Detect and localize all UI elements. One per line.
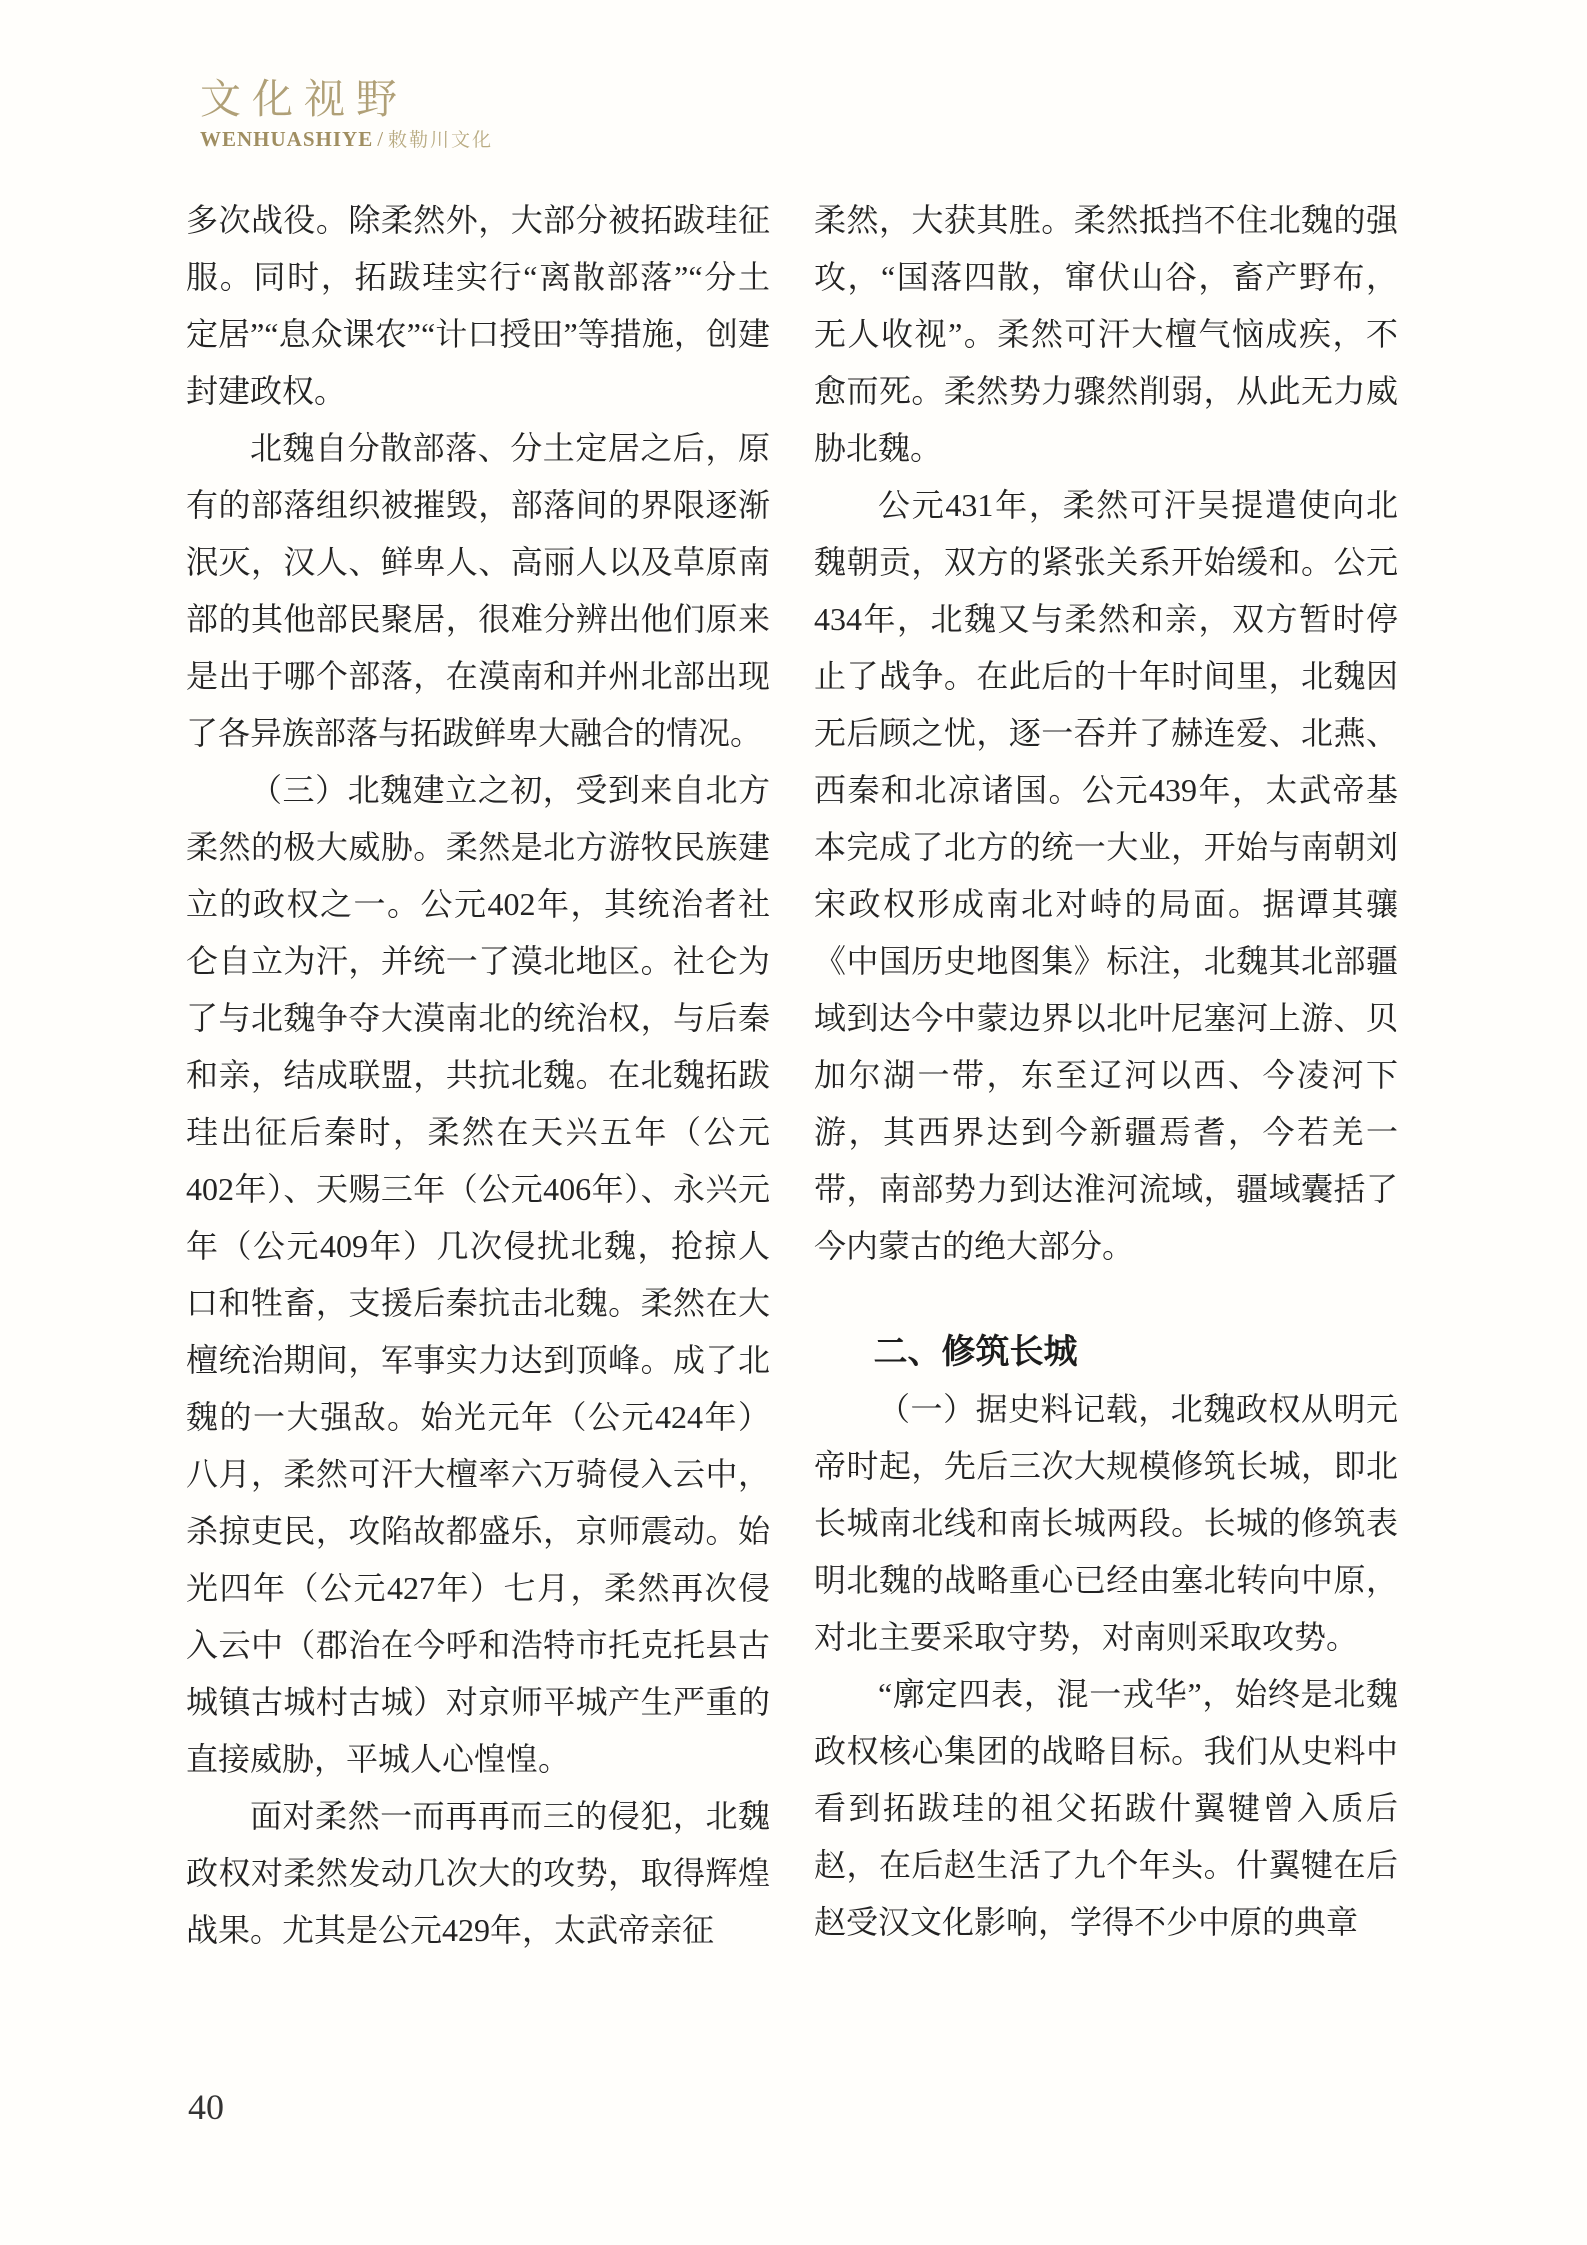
subtitle-divider: / xyxy=(373,127,388,151)
article-body: 多次战役。除柔然外，大部分被拓跋珪征服。同时，拓跋珪实行“离散部落”“分土定居”… xyxy=(186,192,1398,1959)
magazine-logo-pinyin: WENHUASHIYE xyxy=(200,127,373,151)
paragraph: 公元431年，柔然可汗吴提遣使向北魏朝贡，双方的紧张关系开始缓和。公元434年，… xyxy=(814,477,1398,1275)
magazine-logo: 文化视野 xyxy=(200,76,493,122)
masthead-subtitle: WENHUASHIYE/敕勒川文化 xyxy=(200,127,493,153)
masthead: 文化视野 WENHUASHIYE/敕勒川文化 xyxy=(200,76,493,153)
page-footer: 40 xyxy=(188,2086,224,2128)
left-column: 多次战役。除柔然外，大部分被拓跋珪征服。同时，拓跋珪实行“离散部落”“分土定居”… xyxy=(186,192,770,1959)
paragraph: “廓定四表，混一戎华”，始终是北魏政权核心集团的战略目标。我们从史料中看到拓跋珪… xyxy=(814,1666,1398,1951)
paragraph: 北魏自分散部落、分土定居之后，原有的部落组织被摧毁，部落间的界限逐渐泯灭，汉人、… xyxy=(186,420,770,762)
section-heading: 二、修筑长城 xyxy=(814,1324,1398,1381)
paragraph: （一）据史料记载，北魏政权从明元帝时起，先后三次大规模修筑长城，即北长城南北线和… xyxy=(814,1381,1398,1666)
paragraph: （三）北魏建立之初，受到来自北方柔然的极大威胁。柔然是北方游牧民族建立的政权之一… xyxy=(186,762,770,1788)
paragraph-continuation: 柔然，大获其胜。柔然抵挡不住北魏的强攻，“国落四散，窜伏山谷，畜产野布，无人收视… xyxy=(814,192,1398,477)
paragraph-continuation: 多次战役。除柔然外，大部分被拓跋珪征服。同时，拓跋珪实行“离散部落”“分土定居”… xyxy=(186,192,770,420)
section-name: 敕勒川文化 xyxy=(388,130,493,151)
page-number: 40 xyxy=(188,2087,224,2127)
document-page: 文化视野 WENHUASHIYE/敕勒川文化 多次战役。除柔然外，大部分被拓跋珪… xyxy=(0,0,1587,2245)
right-column: 柔然，大获其胜。柔然抵挡不住北魏的强攻，“国落四散，窜伏山谷，畜产野布，无人收视… xyxy=(814,192,1398,1959)
paragraph: 面对柔然一而再再而三的侵犯，北魏政权对柔然发动几次大的攻势，取得辉煌战果。尤其是… xyxy=(186,1788,770,1959)
